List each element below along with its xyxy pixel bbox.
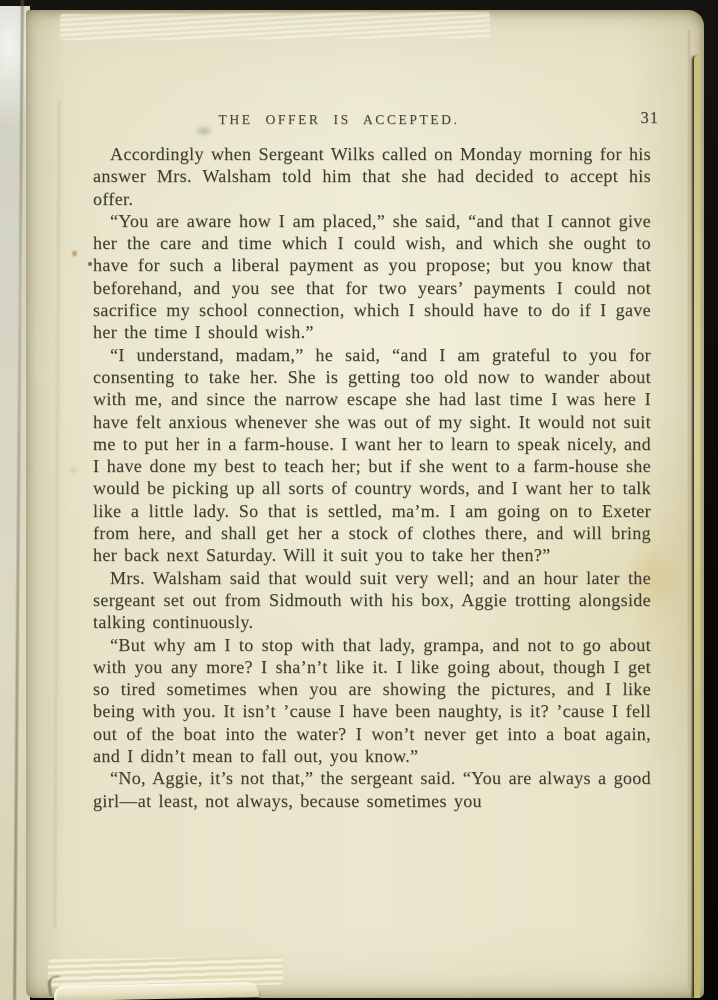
page-number: 31 xyxy=(641,108,660,128)
paragraph: “No, Aggie, it’s not that,” the sergeant… xyxy=(93,767,651,812)
page-corner-curl-edge xyxy=(47,975,63,997)
paper-stain xyxy=(66,465,80,475)
paragraph: “But why am I to stop with that lady, gr… xyxy=(93,634,651,768)
body-text: Accordingly when Sergeant Wilks called o… xyxy=(93,143,651,812)
page-edges-right xyxy=(694,56,700,998)
page-corner-curl xyxy=(54,982,259,1000)
paragraph: “I understand, madam,” he said, “and I a… xyxy=(93,344,651,567)
printed-content: THE OFFER IS ACCEPTED. 31 Accordingly wh… xyxy=(93,111,651,812)
paragraph: “You are aware how I am placed,” she sai… xyxy=(93,210,651,344)
gutter-crease xyxy=(54,100,60,928)
page-header: THE OFFER IS ACCEPTED. 31 xyxy=(93,111,651,129)
paragraph: Mrs. Walsham said that would suit very w… xyxy=(93,567,651,634)
running-title: THE OFFER IS ACCEPTED. xyxy=(219,112,460,127)
under-page-edge-line xyxy=(688,30,690,988)
paper-stain xyxy=(70,248,79,259)
book-page: THE OFFER IS ACCEPTED. 31 Accordingly wh… xyxy=(26,10,704,998)
book-photo: THE OFFER IS ACCEPTED. 31 Accordingly wh… xyxy=(0,0,718,1000)
paper-speck xyxy=(88,262,92,266)
page-edges-top xyxy=(60,12,490,40)
paragraph: Accordingly when Sergeant Wilks called o… xyxy=(93,143,651,210)
